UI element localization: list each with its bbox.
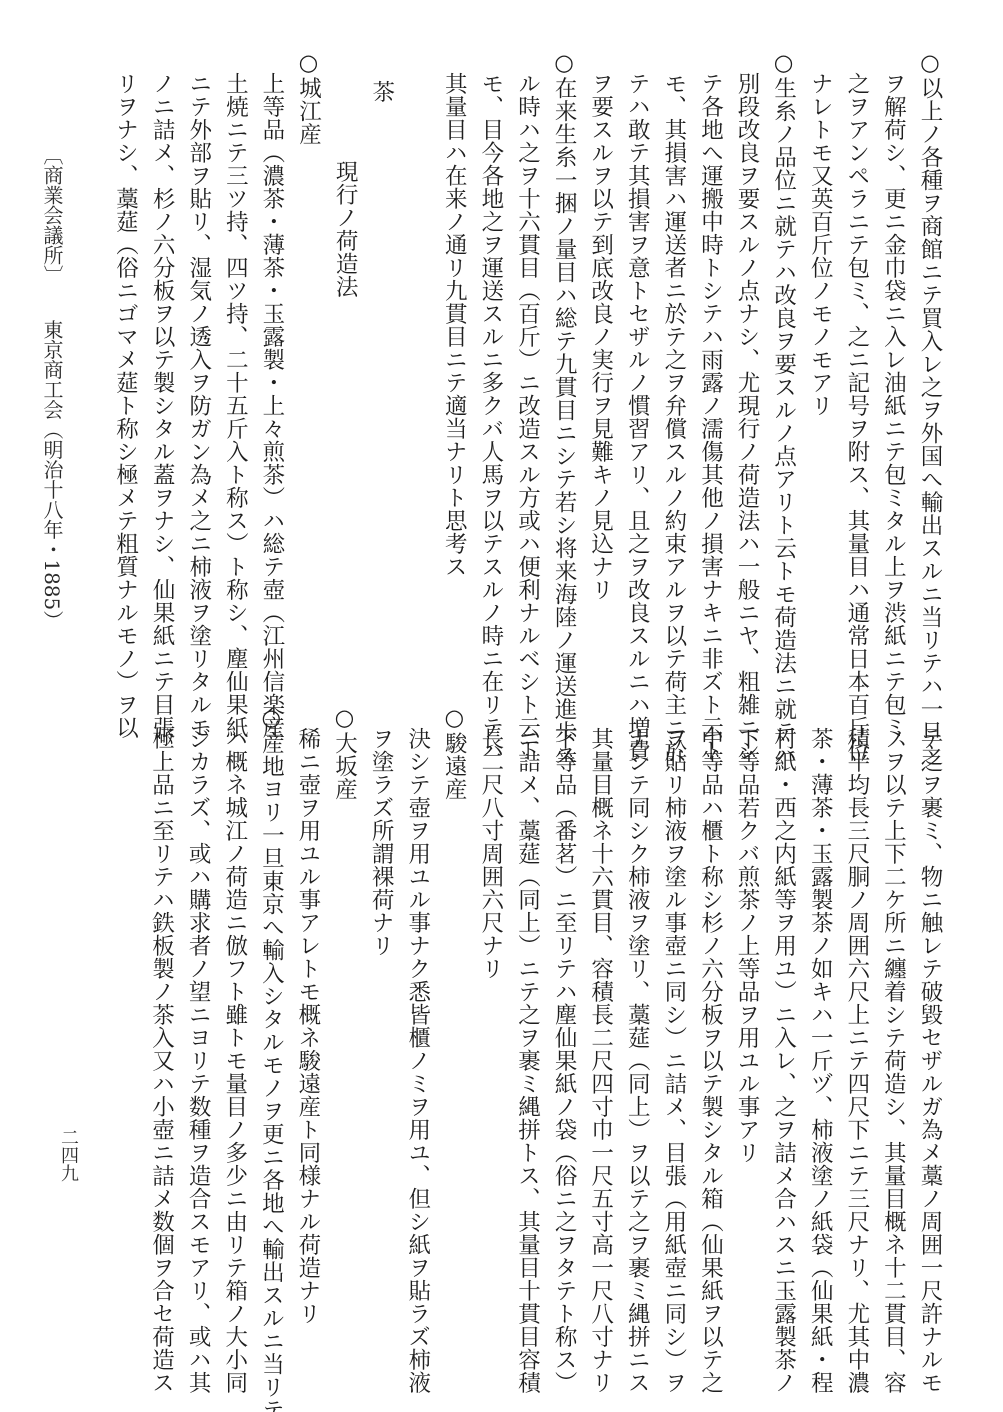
text-column: テ各地へ運搬中時トシテハ雨露ノ濡傷其他ノ損害ナキニ非ズト云ト: [692, 50, 729, 650]
text-column: 中等品ハ櫃ト称シ杉ノ六分板ヲ以テ製シタル箱（仙果紙ヲ以テ之: [692, 705, 729, 1305]
section-title-tea: 茶: [363, 50, 400, 650]
text-column: ニ詰メ、藁莚（同上）ニテ之ヲ裹ミ縄拼トス、其量目十貫目容積: [509, 705, 546, 1305]
text-column: ヲ解荷シ、更ニ金巾袋ニ入レ油紙ニテ包ミタル上ヲ渋紙ニテ包ミ、: [875, 50, 912, 650]
source-organization: 〔商業会議所〕: [40, 145, 64, 285]
text-column: 別段改良ヲ要スルノ点ナシ、尤現行ノ荷造法ハ一般ニヤ、粗雑ニシ: [728, 50, 765, 650]
text-column: 積平均長三尺胴ノ周囲六尺上ニテ四尺下ニテ三尺ナリ、尤其中濃: [838, 705, 875, 1305]
text-column: ○在来生糸一捆ノ量目ハ総テ九貫目ニシテ若シ将来海陸ノ運送進歩ス: [545, 50, 582, 650]
text-column: ○以上ノ各種ヲ商館ニテ買入レ之ヲ外国へ輸出スルニ当リテハ一旦之: [911, 50, 948, 650]
lower-text-block: テ之ヲ裹ミ、物ニ触レテ破毀セザルガ為メ藁ノ周囲一尺許ナルモ ノヲ以テ上下二ケ所ニ…: [143, 705, 948, 1305]
text-column: ル時ハ之ヲ十六貫目（百斤）ニ改造スル方或ハ便利ナルベシト云ト: [509, 50, 546, 650]
source-publisher: 東京商工会（明治十八年・1885）: [40, 319, 64, 630]
text-column: 茶・薄茶・玉露製茶ノ如キハ一斤ヅ、柿液塗ノ紙袋（仙果紙・程: [802, 705, 839, 1305]
text-column: 長二尺八寸周囲六尺ナリ: [472, 705, 509, 1305]
text-column: ニテ外部ヲ貼リ、湿気ノ透入ヲ防ガン為メ之ニ柿液ヲ塗リタルモ: [180, 50, 217, 650]
text-column: 土焼ニテ三ツ持、四ツ持、二十五斤入ト称ス）ト称シ、塵仙果紙: [217, 50, 254, 650]
text-column: リヲナシ、藁莚（俗ニゴマメ莚ト称シ極メテ粗質ナルモノ）ヲ以: [107, 50, 144, 650]
text-column: テハ敢テ其損害ヲ意トセザルノ慣習アリ、且之ヲ改良スルニハ増費: [619, 50, 656, 650]
text-column: 稀ニ壺ヲ用ユル事アレトモ概ネ駿遠産ト同様ナル荷造ナリ: [289, 705, 326, 1305]
text-column: モ、目今各地之ヲ運送スルニ多クバ人馬ヲ以テスルノ時ニ在リテハ: [472, 50, 509, 650]
text-column: 其量目概ネ十六貫目、容積長二尺四寸巾一尺五寸高一尺八寸ナリ: [582, 705, 619, 1305]
text-column: ヲ要スルヲ以テ到底改良ノ実行ヲ見難キノ見込ナリ: [582, 50, 619, 650]
text-column: テ之ヲ裹ミ、物ニ触レテ破毀セザルガ為メ藁ノ周囲一尺許ナルモ: [911, 705, 948, 1305]
text-column: ノニ詰メ、杉ノ六分板ヲ以テ製シタル蓋ヲナシ、仙果紙ニテ目張: [144, 50, 181, 650]
page-number: 二四九: [55, 1128, 81, 1182]
text-column: 下等品若クバ煎茶ノ上等品ヲ用ユル事アリ: [728, 705, 765, 1305]
text-column: ヲ塗ラズ所謂裸荷ナリ: [363, 705, 400, 1305]
region-heading-osaka: ○大坂産: [326, 705, 363, 1305]
text-column: ジカラズ、或ハ購求者ノ望ニヨリテ数種ヲ造合スモアリ、或ハ其: [180, 705, 217, 1305]
source-citation: 〔商業会議所〕 東京商工会（明治十八年・1885）: [38, 145, 66, 630]
text-column: ハ概ネ城江ノ荷造ニ倣フト雖トモ量目ノ多少ニ由リテ箱ノ大小同: [216, 705, 253, 1305]
text-column: 其量目ハ在来ノ通リ九貫目ニテ適当ナリト思考ス: [436, 50, 473, 650]
region-heading-joe: ○城江産: [290, 50, 327, 650]
region-heading-suruga: ○駿遠産: [436, 705, 473, 1305]
text-column: ナシテ同シク柿液ヲ塗リ、藁莚（同上）ヲ以テ之ヲ裹ミ縄拼ニス: [619, 705, 656, 1305]
text-column: 之ヲアンペラニテ包ミ、之ニ記号ヲ附ス、其量目ハ通常日本百斤位: [838, 50, 875, 650]
text-column: モ、其損害ハ運送者ニ於テ之ヲ弁償スルノ約束アルヲ以テ荷主ニ於: [655, 50, 692, 650]
text-column: ナレトモ又英百斤位ノモノモアリ: [802, 50, 839, 650]
text-column: ノヲ以テ上下二ケ所ニ纏着シテ荷造シ、其量目概ネ十二貫目、容: [875, 705, 912, 1305]
text-column: 村紙・西之内紙等ヲ用ユ）ニ入レ、之ヲ詰メ合ハスニ玉露製茶ノ: [765, 705, 802, 1305]
text-column: 極上品ニ至リテハ鉄板製ノ茶入又ハ小壺ニ詰メ数個ヲ合セ荷造ス: [143, 705, 180, 1305]
text-column: ヲ貼リ柿液ヲ塗ル事壺ニ同シ）ニ詰メ、目張（用紙壺ニ同シ）ヲ: [655, 705, 692, 1305]
column-gap: [400, 50, 436, 650]
text-column: ○産地ヨリ一旦東京へ輸入シタルモノヲ更ニ各地へ輸出スルニ当リテ: [253, 705, 290, 1305]
text-column: 上等品（濃茶・薄茶・玉露製・上々煎茶）ハ総テ壺（江州信楽産: [253, 50, 290, 650]
text-column: 下等品（番茗）ニ至リテハ塵仙果紙ノ袋（俗ニ之ヲタテト称ス）: [545, 705, 582, 1305]
text-column: 決シテ壺ヲ用ユル事ナク悉皆櫃ノミヲ用ユ、但シ紙ヲ貼ラズ柿液: [399, 705, 436, 1305]
text-column: ○生糸ノ品位ニ就テハ改良ヲ要スルノ点アリト云トモ荷造法ニ就テハ: [765, 50, 802, 650]
section-subheading: 現行ノ荷造法: [327, 50, 364, 650]
upper-text-block: ○以上ノ各種ヲ商館ニテ買入レ之ヲ外国へ輸出スルニ当リテハ一旦之 ヲ解荷シ、更ニ金…: [107, 50, 948, 650]
